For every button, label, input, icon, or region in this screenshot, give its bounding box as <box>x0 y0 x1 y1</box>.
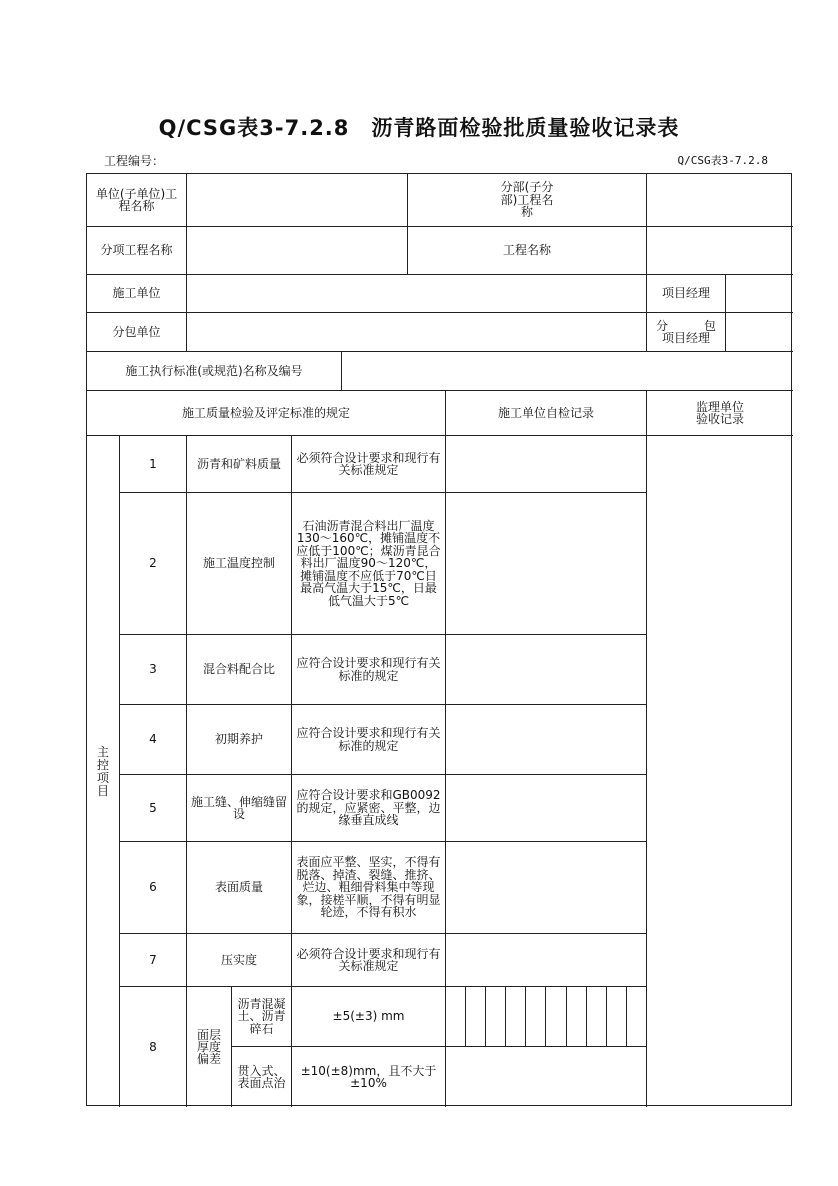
item-number: 1 <box>120 436 187 493</box>
item-requirement: 必须符合设计要求和现行有关标准规定 <box>292 436 446 493</box>
project-number-label: 工程编号： <box>104 152 164 169</box>
item-8-number: 8 <box>120 987 187 1107</box>
item-name: 施工温度控制 <box>187 493 292 635</box>
measure-cell[interactable] <box>626 987 646 1046</box>
form-title: Q/CSG表3-7.2.8 沥青路面检验批质量验收记录表 <box>0 112 838 142</box>
measure-cell[interactable] <box>485 987 505 1046</box>
item-number: 6 <box>120 842 187 934</box>
item-8b-type: 贯入式、表面点治 <box>232 1047 292 1107</box>
sub-project-manager-label: 分 包项目经理 <box>647 313 726 352</box>
sub-part-label: 分部(子分部)工程名称 <box>408 174 647 227</box>
measure-cell[interactable] <box>566 987 586 1046</box>
sub-item-field[interactable] <box>187 227 408 275</box>
measure-cell[interactable] <box>606 987 626 1046</box>
measure-cell[interactable] <box>586 987 606 1046</box>
project-manager-label: 项目经理 <box>647 275 726 313</box>
item-name: 表面质量 <box>187 842 292 934</box>
measure-cell[interactable] <box>525 987 545 1046</box>
unit-project-field[interactable] <box>187 174 408 227</box>
item-self-check-field[interactable] <box>446 705 647 775</box>
item-requirement: 应符合设计要求和现行有关标准的规定 <box>292 635 446 705</box>
item-8b-self-check-field[interactable] <box>446 1047 647 1107</box>
item-self-check-field[interactable] <box>446 436 647 493</box>
item-self-check-field[interactable] <box>446 635 647 705</box>
standard-label: 施工执行标准(或规范)名称及编号 <box>87 352 342 391</box>
measure-cell[interactable] <box>505 987 525 1046</box>
item-number: 2 <box>120 493 187 635</box>
item-requirement: 应符合设计要求和GB0092的规定，应紧密、平整，边缘垂直成线 <box>292 775 446 842</box>
item-name: 施工缝、伸缩缝留设 <box>187 775 292 842</box>
project-name-field[interactable] <box>647 227 793 275</box>
item-name: 沥青和矿料质量 <box>187 436 292 493</box>
item-8a-tolerance: ±5(±3) mm <box>292 987 446 1047</box>
item-number: 3 <box>120 635 187 705</box>
self-check-column-header: 施工单位自检记录 <box>446 391 647 436</box>
sub-part-field[interactable] <box>647 174 793 227</box>
item-number: 7 <box>120 934 187 987</box>
item-8b-tolerance: ±10(±8)mm，且不大于±10% <box>292 1047 446 1107</box>
item-self-check-field[interactable] <box>446 775 647 842</box>
item-requirement: 应符合设计要求和现行有关标准的规定 <box>292 705 446 775</box>
project-manager-field[interactable] <box>726 275 793 313</box>
item-name: 混合料配合比 <box>187 635 292 705</box>
form-sheet: 单位(子单位)工程名称 分部(子分部)工程名称 分项工程名称 工程名称 施工单位… <box>86 173 792 1106</box>
sub-project-manager-field[interactable] <box>726 313 793 352</box>
item-number: 5 <box>120 775 187 842</box>
sub-item-label: 分项工程名称 <box>87 227 187 275</box>
item-8a-type: 沥青混凝土、沥青碎石 <box>232 987 292 1047</box>
item-name: 初期养护 <box>187 705 292 775</box>
form-code: Q/CSG表3-7.2.8 <box>678 152 768 168</box>
supervisor-column-header: 监理单位验收记录 <box>647 391 793 436</box>
item-number: 4 <box>120 705 187 775</box>
contractor-field[interactable] <box>187 275 647 313</box>
item-self-check-field[interactable] <box>446 934 647 987</box>
item-self-check-field[interactable] <box>446 842 647 934</box>
measure-cell[interactable] <box>465 987 485 1046</box>
spec-column-header: 施工质量检验及评定标准的规定 <box>87 391 446 436</box>
item-requirement: 石油沥青混合料出厂温度130～160℃，摊铺温度不应低于100℃；煤沥青昆合料出… <box>292 493 446 635</box>
item-8a-measurement-grid <box>446 987 647 1047</box>
item-name: 压实度 <box>187 934 292 987</box>
standard-field[interactable] <box>342 352 793 391</box>
measure-cell[interactable] <box>545 987 565 1046</box>
item-requirement: 必须符合设计要求和现行有关标准规定 <box>292 934 446 987</box>
item-8-name: 面层厚度偏差 <box>187 987 232 1107</box>
subcontractor-label: 分包单位 <box>87 313 187 352</box>
main-control-items-label: 主控项目 <box>87 436 120 1107</box>
unit-project-label: 单位(子单位)工程名称 <box>87 174 187 227</box>
subcontractor-field[interactable] <box>187 313 647 352</box>
contractor-label: 施工单位 <box>87 275 187 313</box>
project-name-label: 工程名称 <box>408 227 647 275</box>
measure-cell[interactable] <box>446 987 465 1046</box>
supervisor-record-field[interactable] <box>647 436 793 1107</box>
item-requirement: 表面应平整、坚实，不得有脱落、掉渣、裂缝、推挤、烂边、粗细骨料集中等现象，接槎平… <box>292 842 446 934</box>
item-self-check-field[interactable] <box>446 493 647 635</box>
